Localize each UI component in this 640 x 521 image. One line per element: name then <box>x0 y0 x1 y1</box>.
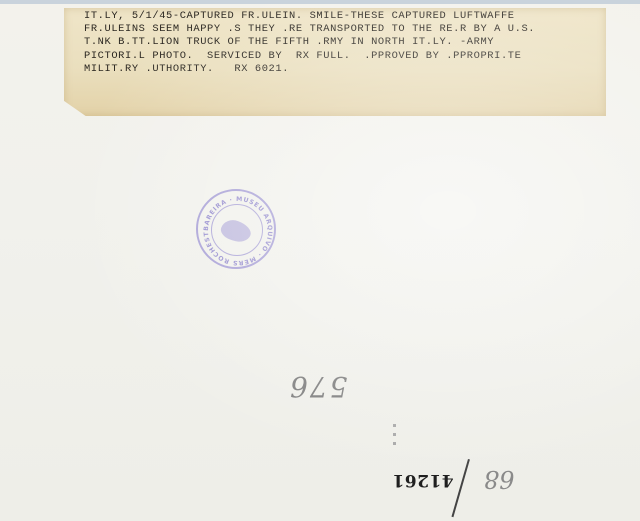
caption-slip: IT.LY, 5/1/45-CAPTURED FR.ULEIN. SMILE-T… <box>64 8 606 116</box>
pencil-marks <box>393 424 396 450</box>
slash-mark <box>451 459 469 517</box>
caption-line: FR.ULEINS SEEM HAPPY .S THEY .RE TRANSPO… <box>84 23 535 35</box>
photo-back: IT.LY, 5/1/45-CAPTURED FR.ULEIN. SMILE-T… <box>0 4 640 521</box>
archive-stamp: BAREIRA · MUSEU ARQUIVO · MERS ROCHESTER <box>196 189 276 269</box>
handwritten-number: 576 <box>288 370 347 403</box>
caption-line: IT.LY, 5/1/45-CAPTURED FR.ULEIN. SMILE-T… <box>84 10 515 22</box>
handwritten-corner-number: 68 <box>484 465 515 493</box>
caption-text: IT.LY, 5/1/45-CAPTURED FR.ULEIN. SMILE-T… <box>84 10 535 76</box>
caption-line: T.NK B.TT.LION TRUCK OF THE FIFTH .RMY I… <box>84 36 494 48</box>
caption-line: MILIT.RY .UTHORITY. RX 6021. <box>84 63 289 75</box>
caption-line: PICTORI.L PHOTO. SERVICED BY RX FULL. .P… <box>84 50 521 62</box>
stamped-inventory-number: 41261 <box>392 470 454 490</box>
